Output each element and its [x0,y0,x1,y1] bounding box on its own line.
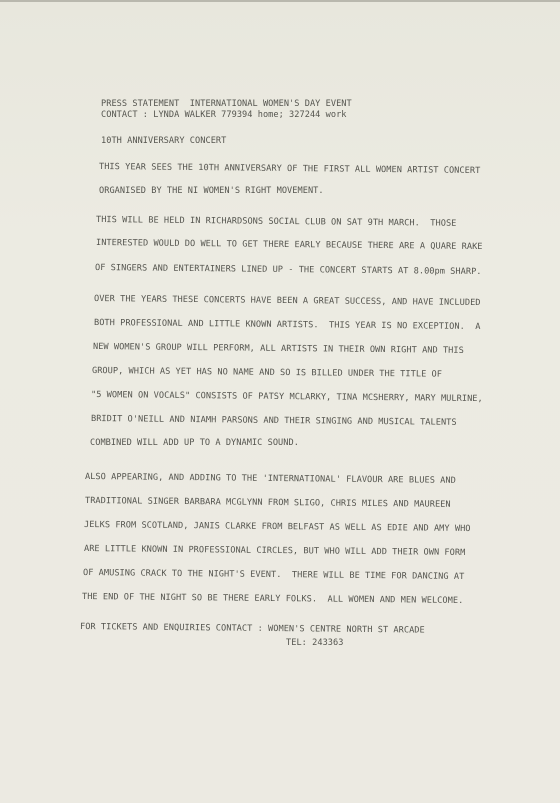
para3-line7: COMBINED WILL ADD UP TO A DYNAMIC SOUND. [90,438,299,448]
para2-line3: OF SINGERS AND ENTERTAINERS LINED UP - T… [95,263,482,277]
footer-tel: TEL: 243363 [286,638,343,648]
para4-line2: TRADITIONAL SINGER BARBARA MCGLYNN FROM … [85,496,451,510]
para1-line1: THIS YEAR SEES THE 10TH ANNIVERSARY OF T… [99,162,480,176]
para4-line5: OF AMUSING CRACK TO THE NIGHT'S EVENT. T… [83,568,464,582]
para3-line2: BOTH PROFESSIONAL AND LITTLE KNOWN ARTIS… [94,318,481,332]
para4-line6: THE END OF THE NIGHT SO BE THERE EARLY F… [82,592,463,606]
header-title: PRESS STATEMENT INTERNATIONAL WOMEN'S DA… [101,99,352,109]
para2-line2: INTERESTED WOULD DO WELL TO GET THERE EA… [96,238,483,252]
footer-tickets: FOR TICKETS AND ENQUIRIES CONTACT : WOME… [80,622,425,636]
para4-line1: ALSO APPEARING, AND ADDING TO THE 'INTER… [85,472,456,486]
para3-line4: GROUP, WHICH AS YET HAS NO NAME AND SO I… [92,366,442,380]
para1-line2: ORGANISED BY THE NI WOMEN'S RIGHT MOVEME… [99,186,324,196]
scanned-page: PRESS STATEMENT INTERNATIONAL WOMEN'S DA… [0,0,560,803]
para3-line6: BRIDIT O'NEILL AND NIAMH PARSONS AND THE… [91,414,457,428]
subtitle: 10TH ANNIVERSARY CONCERT [101,136,226,146]
para4-line4: ARE LITTLE KNOWN IN PROFESSIONAL CIRCLES… [84,544,465,558]
para2-line1: THIS WILL BE HELD IN RICHARDSONS SOCIAL … [96,215,457,229]
para3-line5: "5 WOMEN ON VOCALS" CONSISTS OF PATSY MC… [91,390,483,404]
header-contact: CONTACT : LYNDA WALKER 779394 home; 3272… [101,110,347,120]
para3-line3: NEW WOMEN'S GROUP WILL PERFORM, ALL ARTI… [93,342,464,356]
para4-line3: JELKS FROM SCOTLAND, JANIS CLARKE FROM B… [84,520,471,534]
para3-line1: OVER THE YEARS THESE CONCERTS HAVE BEEN … [94,294,481,308]
